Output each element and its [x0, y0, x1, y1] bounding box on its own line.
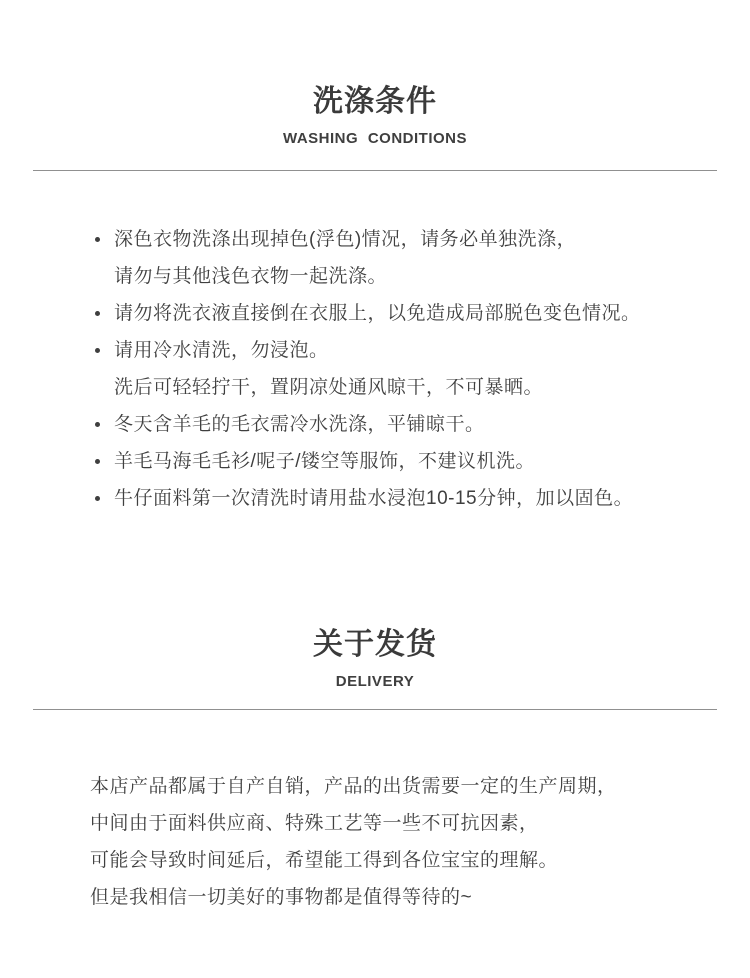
paragraph-line: 可能会导致时间延后，希望能工得到各位宝宝的理解。 [90, 842, 710, 879]
instruction-text: 牛仔面料第一次清洗时请用盐水浸泡10-15分钟，加以固色。 [114, 480, 710, 517]
bullet-icon [95, 496, 100, 501]
washing-instruction-item: 冬天含羊毛的毛衣需冷水洗涤，平铺晾干。 [95, 406, 710, 443]
washing-instruction-item: 深色衣物洗涤出现掉色(浮色)情况，请务必单独洗涤， 请勿与其他浅色衣物一起洗涤。 [95, 221, 710, 295]
washing-instruction-list: 深色衣物洗涤出现掉色(浮色)情况，请务必单独洗涤， 请勿与其他浅色衣物一起洗涤。… [95, 221, 710, 517]
product-detail-page: 洗涤条件 WASHING CONDITIONS 深色衣物洗涤出现掉色(浮色)情况… [0, 0, 750, 978]
instruction-line: 洗后可轻轻拧干，置阴凉处通风晾干，不可暴晒。 [114, 369, 710, 406]
delivery-paragraph: 本店产品都属于自产自销，产品的出货需要一定的生产周期， 中间由于面料供应商、特殊… [90, 768, 710, 916]
instruction-line: 牛仔面料第一次清洗时请用盐水浸泡10-15分钟，加以固色。 [114, 480, 710, 517]
instruction-line: 冬天含羊毛的毛衣需冷水洗涤，平铺晾干。 [114, 406, 710, 443]
washing-subtitle: WASHING CONDITIONS [0, 130, 750, 148]
bullet-icon [95, 459, 100, 464]
washing-section-header: 洗涤条件 WASHING CONDITIONS [0, 0, 750, 148]
instruction-line: 请勿与其他浅色衣物一起洗涤。 [114, 258, 710, 295]
instruction-text: 请用冷水清洗，勿浸泡。 洗后可轻轻拧干，置阴凉处通风晾干，不可暴晒。 [114, 332, 710, 406]
instruction-line: 请用冷水清洗，勿浸泡。 [114, 332, 710, 369]
instruction-text: 深色衣物洗涤出现掉色(浮色)情况，请务必单独洗涤， 请勿与其他浅色衣物一起洗涤。 [114, 221, 710, 295]
washing-instruction-item: 牛仔面料第一次清洗时请用盐水浸泡10-15分钟，加以固色。 [95, 480, 710, 517]
washing-instruction-item: 请用冷水清洗，勿浸泡。 洗后可轻轻拧干，置阴凉处通风晾干，不可暴晒。 [95, 332, 710, 406]
bullet-icon [95, 348, 100, 353]
bullet-icon [95, 422, 100, 427]
paragraph-line: 本店产品都属于自产自销，产品的出货需要一定的生产周期， [90, 768, 710, 805]
delivery-section-header: 关于发货 DELIVERY [0, 627, 750, 691]
instruction-line: 请勿将洗衣液直接倒在衣服上，以免造成局部脱色变色情况。 [114, 295, 710, 332]
paragraph-line: 中间由于面料供应商、特殊工艺等一些不可抗因素， [90, 805, 710, 842]
instruction-line: 深色衣物洗涤出现掉色(浮色)情况，请务必单独洗涤， [114, 221, 710, 258]
washing-instruction-item: 羊毛马海毛毛衫/呢子/镂空等服饰，不建议机洗。 [95, 443, 710, 480]
washing-title: 洗涤条件 [0, 84, 750, 120]
washing-instruction-item: 请勿将洗衣液直接倒在衣服上，以免造成局部脱色变色情况。 [95, 295, 710, 332]
delivery-title: 关于发货 [0, 627, 750, 663]
delivery-subtitle: DELIVERY [0, 673, 750, 691]
section-divider [33, 709, 717, 710]
paragraph-line: 但是我相信一切美好的事物都是值得等待的~ [90, 879, 710, 916]
section-divider [33, 170, 717, 171]
instruction-text: 冬天含羊毛的毛衣需冷水洗涤，平铺晾干。 [114, 406, 710, 443]
bullet-icon [95, 311, 100, 316]
bullet-icon [95, 237, 100, 242]
instruction-text: 请勿将洗衣液直接倒在衣服上，以免造成局部脱色变色情况。 [114, 295, 710, 332]
instruction-text: 羊毛马海毛毛衫/呢子/镂空等服饰，不建议机洗。 [114, 443, 710, 480]
instruction-line: 羊毛马海毛毛衫/呢子/镂空等服饰，不建议机洗。 [114, 443, 710, 480]
